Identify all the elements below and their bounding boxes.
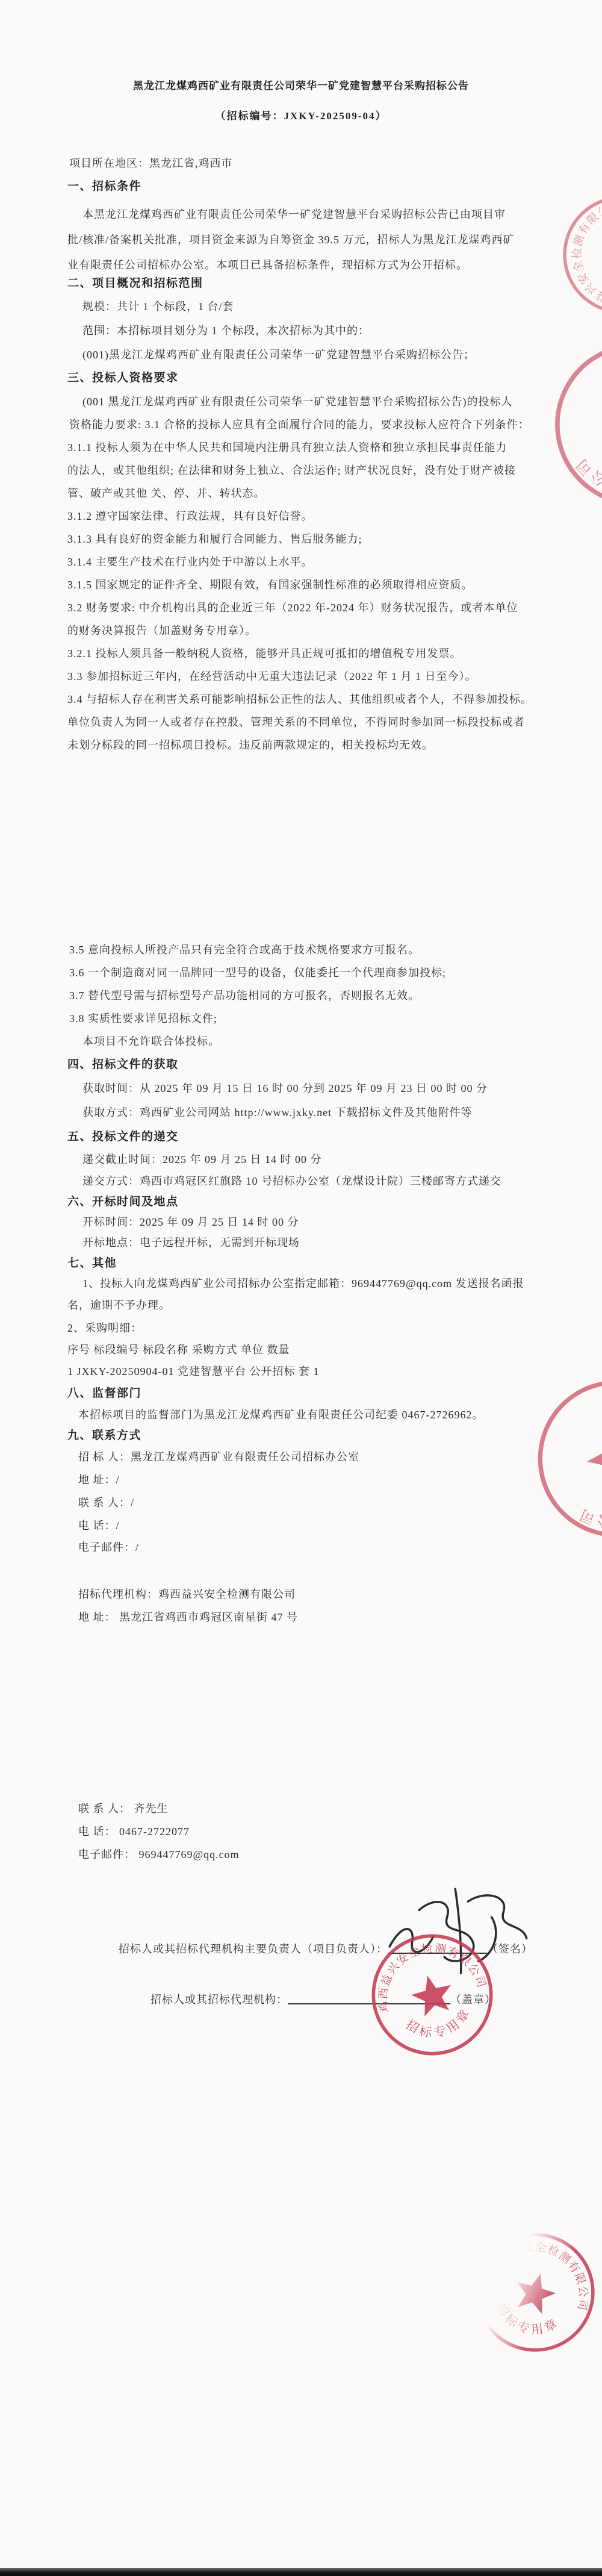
- section-heading-contact: 九、联系方式: [67, 1430, 141, 1441]
- doc-line: 1、投标人向龙煤鸡西矿业公司招标办公室指定邮箱：969447769@qq.com…: [82, 1278, 524, 1289]
- procurement-table-row-line: 1 JXKY-20250904-01 党建智慧平台 公开招标 套 1: [67, 1366, 320, 1377]
- doc-line: 3.6 一个制造商对同一品牌同一型号的设备，仅能委托一个代理商参加投标;: [69, 967, 446, 978]
- doc-line: 本黑龙江龙煤鸡西矿业有限责任公司荣华一矿党建智慧平台采购招标公告已由项目审: [82, 209, 506, 220]
- doc-line: 3.1.1 投标人须为在中华人民共和国境内注册具有独立法人资格和独立承担民事责任…: [67, 442, 507, 453]
- doc-line: 批/核准/备案机关批准，项目资金来源为自筹资金 39.5 万元，招标人为黑龙江龙…: [67, 234, 515, 245]
- section-heading-bid-opening: 六、开标时间及地点: [67, 1196, 179, 1208]
- tenderer-address-line: 地 址：/: [78, 1474, 120, 1485]
- tender-number: （招标编号：JXKY-202509-04）: [0, 107, 602, 122]
- agency-contact-line: 联 系 人： 齐先生: [78, 1803, 169, 1814]
- doc-line: 3.5 意向投标人所投产品只有完全符合或高于技术规格要求方可报名。: [69, 944, 420, 955]
- section-heading-supervision: 八、监督部门: [67, 1388, 141, 1399]
- doc-line: 2、采购明细：: [67, 1323, 142, 1333]
- doc-line: 未划分标段的同一招标项目投标。违反前两款规定的，相关投标均无效。: [67, 740, 433, 750]
- seal-fragment-top-upper: 鸡西益兴安全检测有限公司: [553, 186, 602, 325]
- seal-star-icon: [510, 2268, 559, 2316]
- agency-email-line: 电子邮件： 969447769@qq.com: [78, 1849, 240, 1860]
- doc-line: 3.2.1 投标人须具备一般纳税人资格，能够开具正规可抵扣的增值税专用发票。: [67, 648, 462, 659]
- section-heading-document-acquisition: 四、招标文件的获取: [67, 1059, 179, 1070]
- seal-star-icon: [582, 1424, 602, 1494]
- doc-line: 的法人，或其他组织; 在法律和财务上独立、合法运作; 财产状况良好，没有处于财产…: [67, 465, 516, 476]
- doc-line: 本项目不允许联合体投标。: [82, 1036, 220, 1047]
- doc-line: 3.1.3 具有良好的资金能力和履行合同能力、售后服务能力;: [67, 534, 362, 544]
- doc-line: 获取时间：从 2025 年 09 月 15 日 16 时 00 分到 2025 …: [82, 1083, 488, 1094]
- scan-bottom-edge: [0, 2568, 602, 2576]
- project-location-line: 项目所在地区：黑龙江省,鸡西市: [69, 158, 233, 169]
- tenderer-email-line: 电子邮件：/: [78, 1542, 139, 1553]
- doc-line: 递交截止时间：2025 年 09 月 25 日 14 时 00 分: [82, 1154, 322, 1165]
- tenderer-line: 招 标 人：黑龙江龙煤鸡西矿业有限责任公司招标办公室: [78, 1452, 359, 1462]
- doc-line: 3.7 替代型号需与招标型号产品功能相同的方可报名，否则报名无效。: [69, 990, 420, 1001]
- doc-line: 范围：本招标项目划分为 1 个标段，本次招标为其中的：: [82, 325, 370, 336]
- doc-line: 本招标项目的监督部门为黑龙江龙煤鸡西矿业有限责任公司纪委 0467-272696…: [78, 1409, 484, 1420]
- procurement-table-header-line: 序号 标段编号 标段名称 采购方式 单位 数量: [67, 1344, 290, 1355]
- doc-line: 3.1.4 主要生产技术在行业内处于中游以上水平。: [67, 557, 313, 567]
- doc-line: (001 黑龙江龙煤鸡西矿业有限责任公司荣华一矿党建智慧平台采购招标公告)的投标…: [82, 396, 513, 407]
- seal-fragment-bottom-right: 鸡西益兴安全检测有限公司 招标专用章: [456, 2213, 602, 2371]
- doc-line: 3.1.5 国家规定的证件齐全、期限有效，有国家强制性标准的必须取得相应资质。: [67, 579, 473, 590]
- doc-line: 名，逾期不予办理。: [67, 1300, 170, 1311]
- doc-line: 获取方式：鸡西矿业公司网站 http://www.jxky.net 下载招标文件…: [82, 1107, 473, 1118]
- agency-address-line: 地 址： 黑龙江省鸡西市鸡冠区南星街 47 号: [78, 1612, 298, 1623]
- section-heading-bid-submission: 五、投标文件的递交: [67, 1131, 179, 1143]
- agency-phone-line: 电 话： 0467-2722077: [78, 1826, 190, 1837]
- doc-line: 3.8 实质性要求详见招标文件;: [69, 1013, 217, 1024]
- seal-fragment-middle: 鸡西益兴安全检测有限公司: [503, 1345, 602, 1573]
- doc-line: 规模：共计 1 个标段，1 台/套: [82, 301, 234, 312]
- doc-line: 3.2 财务要求: 中介机构出具的企业近三年（2022 年-2024 年）财务状…: [67, 602, 518, 613]
- doc-line: 开标时间：2025 年 09 月 25 日 14 时 00 分: [82, 1217, 299, 1227]
- document-title: 黑龙江龙煤鸡西矿业有限责任公司荣华一矿党建智慧平台采购招标公告: [0, 77, 602, 92]
- doc-line: 开标地点：电子远程开标，无需到开标现场: [82, 1237, 300, 1248]
- section-heading-bidder-qualification: 三、投标人资格要求: [67, 372, 179, 384]
- signature-line-label: 招标人或其招标代理机构主要负责人（项目负责人）：: [119, 1943, 388, 1955]
- seal-line-label: 招标人或其招标代理机构：: [150, 1994, 288, 2006]
- svg-text:鸡西益兴安全检测有限公司: 鸡西益兴安全检测有限公司: [572, 371, 602, 526]
- scanned-document-page: 黑龙江龙煤鸡西矿业有限责任公司荣华一矿党建智慧平台采购招标公告 （招标编号：JX…: [0, 0, 602, 2576]
- doc-line: 3.4 与招标人存在利害关系可能影响招标公正性的法人、其他组织或者个人，不得参加…: [67, 694, 532, 705]
- doc-line: 递交方式：鸡西市鸡冠区红旗路 10 号招标办公室（龙煤设计院）三楼邮寄方式递交: [82, 1176, 501, 1187]
- doc-line: 业有限责任公司招标办公室。本项目已具备招标条件，现招标方式为公开招标。: [67, 260, 468, 270]
- doc-line: 3.3 参加招标近三年内，在经营活动中无重大违法记录（2022 年 1 月 1 …: [67, 671, 477, 682]
- doc-line: 3.1.2 遵守国家法律、行政法规，具有良好信誉。: [67, 511, 313, 522]
- section-heading-project-overview: 二、项目概况和招标范围: [67, 278, 203, 289]
- tenderer-contact-line: 联 系 人：/: [78, 1497, 134, 1508]
- doc-line: (001)黑龙江龙煤鸡西矿业有限责任公司荣华一矿党建智慧平台采购招标公告；: [82, 349, 475, 360]
- section-heading-tender-conditions: 一、招标条件: [67, 181, 141, 192]
- doc-line: 单位负责人为同一人或者存在控股、管理关系的不同单位，不得同时参加同一标段投标或者: [67, 717, 525, 728]
- section-heading-other: 七、其他: [67, 1258, 117, 1269]
- agency-line: 招标代理机构：鸡西益兴安全检测有限公司: [78, 1589, 296, 1600]
- doc-line: 资格能力要求: 3.1 合格的投标人应具有全面履行合同的能力，要求投标人应符合下…: [69, 419, 530, 430]
- seal-star-icon: [408, 1971, 456, 2018]
- seal-fragment-top-lower: 鸡西益兴安全检测有限公司: [514, 302, 602, 547]
- tenderer-phone-line: 电 话：/: [78, 1520, 120, 1531]
- doc-line: 管、破产或其他 关、停、并、转状态。: [67, 488, 265, 499]
- doc-line: 的财务决算报告（加盖财务专用章）。: [67, 625, 256, 636]
